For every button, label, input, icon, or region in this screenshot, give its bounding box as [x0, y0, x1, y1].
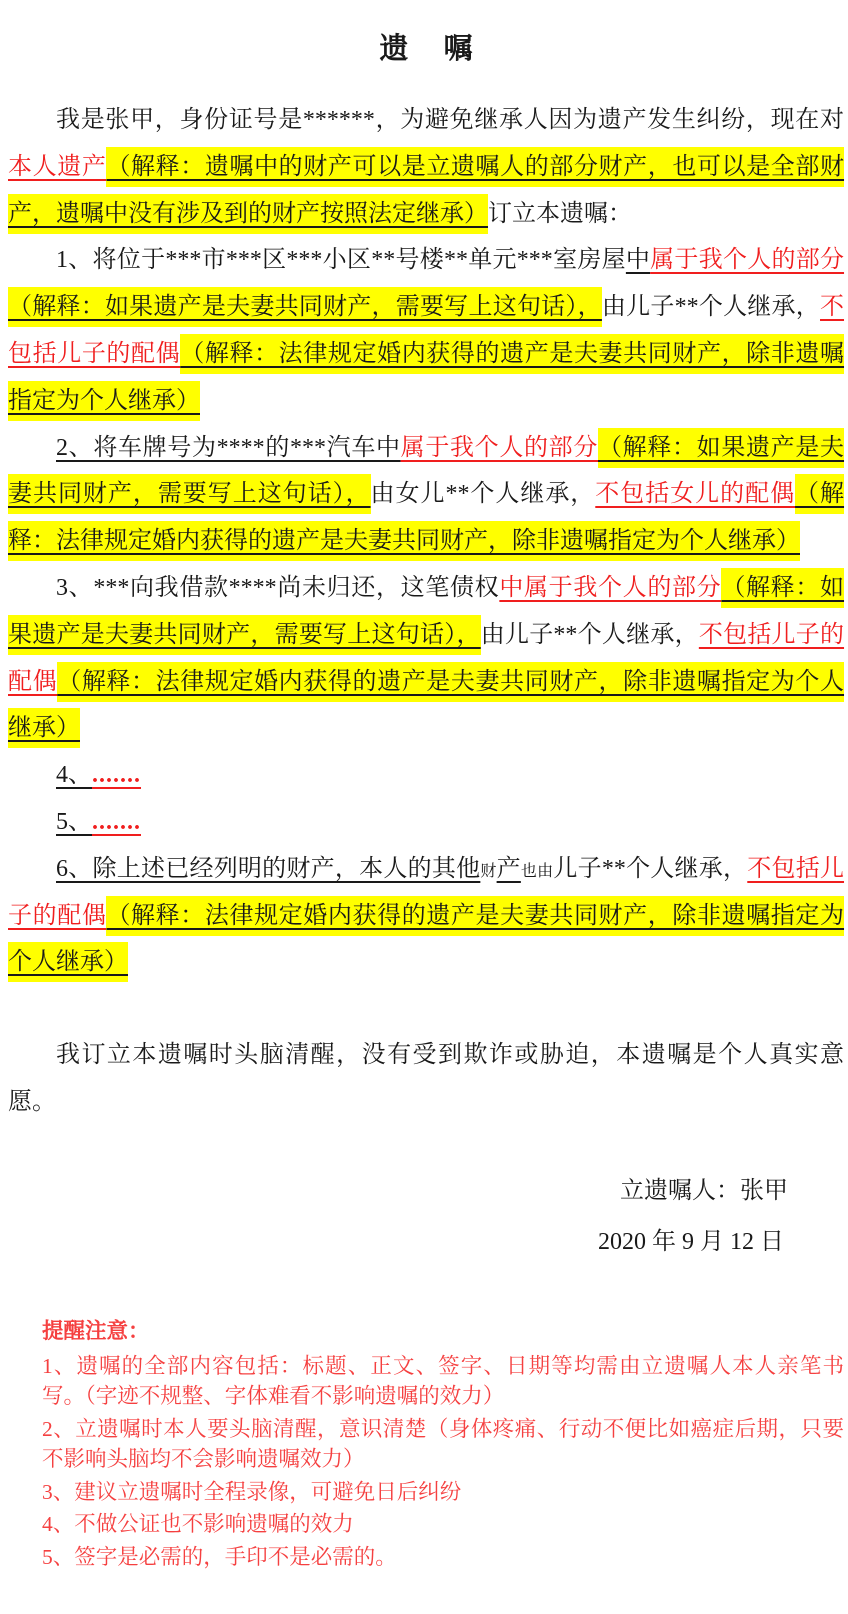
text-segment: （解释：法律规定婚内获得的遗产是夫妻共同财产，除非遗嘱指定为个人继承）: [8, 896, 844, 983]
text-segment: 产: [497, 856, 521, 882]
text-segment: .......: [92, 762, 141, 788]
text-segment: 本人遗产: [8, 154, 106, 180]
text-segment: （解释：遗嘱中的财产可以是立遗嘱人的部分财产，也可以是全部财产，遗嘱中没有涉及到…: [8, 147, 844, 234]
item-1-house: 1、将位于***市***区***小区**号楼**单元***室房屋中属于我个人的部…: [8, 237, 844, 424]
text-segment: 1、将位于***市***区***小区**号楼**单元***室房屋: [56, 247, 626, 273]
item-2-car: 2、将车牌号为****的***汽车中属于我个人的部分（解释：如果遗产是夫妻共同财…: [8, 425, 844, 565]
text-segment: 订立本遗嘱：: [488, 201, 632, 227]
text-segment: 5、: [56, 809, 92, 835]
notes-section: 提醒注意： 1、遗嘱的全部内容包括：标题、正文、签字、日期等均需由立遗嘱人本人亲…: [8, 1316, 844, 1572]
text-segment: 儿子**个人继承，: [553, 856, 747, 882]
text-segment: 3、***向我借款****尚未归还，这笔债权: [56, 575, 499, 601]
text-segment: .......: [92, 809, 141, 835]
intro-paragraph: 我是张甲，身份证号是******，为避免继承人因为遗产发生纠纷，现在对本人遗产（…: [8, 97, 844, 237]
text-segment: 中: [626, 247, 650, 273]
text-segment: 也由: [521, 863, 553, 880]
text-segment: 财: [480, 863, 496, 880]
item-3-debt: 3、***向我借款****尚未归还，这笔债权中属于我个人的部分（解释：如果遗产是…: [8, 565, 844, 752]
text-segment: 由儿子**个人继承，: [481, 622, 699, 648]
text-segment: 6、除上述已经列明的财产，本人的其他: [56, 856, 480, 882]
notes-header: 提醒注意：: [42, 1316, 844, 1347]
item-6-residual: 6、除上述已经列明的财产，本人的其他财产也由儿子**个人继承，不包括儿子的配偶（…: [8, 846, 844, 986]
text-segment: 不包括女儿的配偶: [595, 481, 795, 507]
notes-list: 1、遗嘱的全部内容包括：标题、正文、签字、日期等均需由立遗嘱人本人亲笔书写。（字…: [42, 1351, 844, 1573]
closing-statement: 我订立本遗嘱时头脑清醒，没有受到欺诈或胁迫，本遗嘱是个人真实意愿。: [8, 1032, 844, 1126]
note-item: 5、签字是必需的，手印不是必需的。: [42, 1542, 844, 1573]
will-document-page: 遗 嘱 我是张甲，身份证号是******，为避免继承人因为遗产发生纠纷，现在对本…: [0, 0, 848, 1614]
note-item: 3、建议立遗嘱时全程录像，可避免日后纠纷: [42, 1477, 844, 1508]
text-segment: （解释：如果遗产是夫妻共同财产，需要写上这句话），: [8, 287, 602, 327]
will-body: 我是张甲，身份证号是******，为避免继承人因为遗产发生纠纷，现在对本人遗产（…: [8, 97, 844, 986]
text-segment: 由儿子**个人继承，: [602, 294, 820, 320]
text-segment: 中属于我个人的部分: [499, 575, 721, 601]
text-segment: 2、将车牌号为****的***汽车中: [56, 435, 401, 461]
text-segment: 由女儿**个人继承，: [371, 481, 596, 507]
note-item: 4、不做公证也不影响遗嘱的效力: [42, 1509, 844, 1540]
note-item: 2、立遗嘱时本人要头脑清醒，意识清楚（身体疼痛、行动不便比如癌症后期，只要不影响…: [42, 1414, 844, 1475]
text-segment: 属于我个人的部分: [401, 435, 598, 461]
document-title: 遗 嘱: [8, 26, 844, 67]
note-item: 1、遗嘱的全部内容包括：标题、正文、签字、日期等均需由立遗嘱人本人亲笔书写。（字…: [42, 1351, 844, 1412]
date-line: 2020 年 9 月 12 日: [8, 1221, 788, 1264]
text-segment: 我是张甲，身份证号是******，为避免继承人因为遗产发生纠纷，现在对: [56, 107, 844, 133]
text-segment: （解释：法律规定婚内获得的遗产是夫妻共同财产，除非遗嘱指定为个人继承）: [8, 662, 844, 749]
text-segment: 属于我个人的部分: [650, 247, 844, 273]
testator-signature-line: 立遗嘱人：张甲: [8, 1170, 788, 1213]
item-4-placeholder: 4、.......: [8, 752, 844, 799]
text-segment: 4、: [56, 762, 92, 788]
item-5-placeholder: 5、.......: [8, 799, 844, 846]
signature-block: 立遗嘱人：张甲 2020 年 9 月 12 日: [8, 1170, 844, 1264]
